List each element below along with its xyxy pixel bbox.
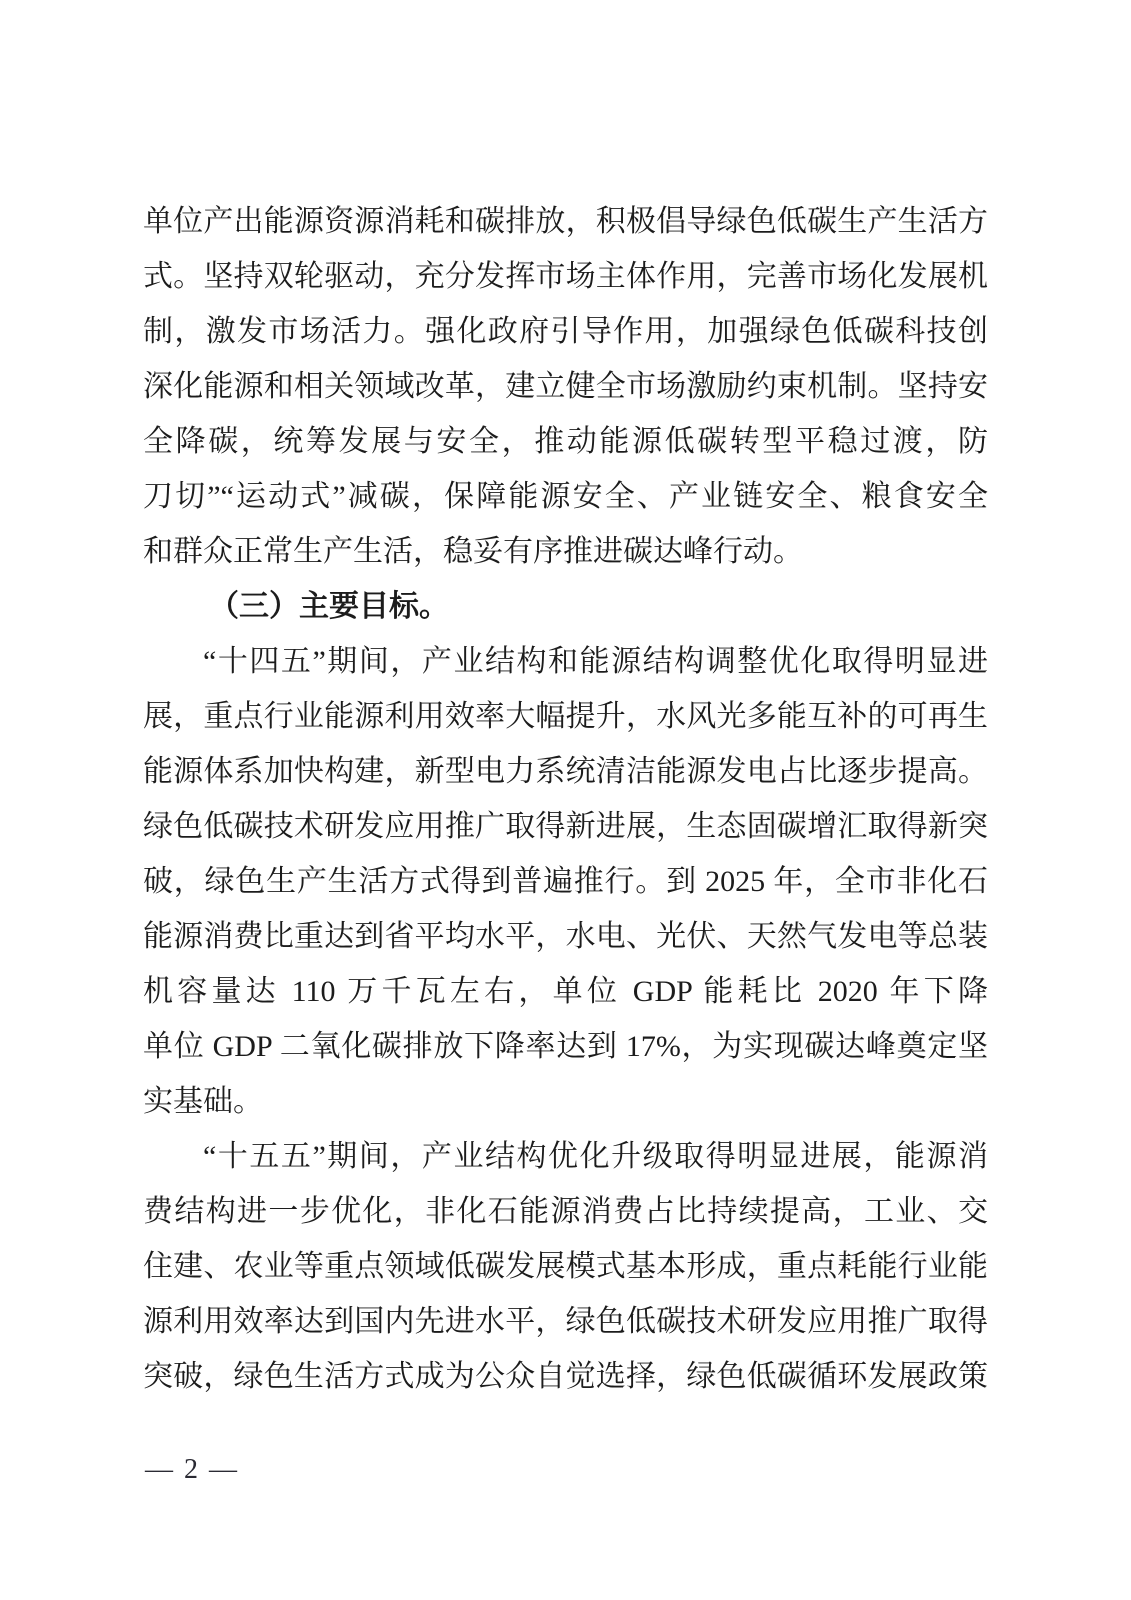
text-line: 全降碳，统筹发展与安全，推动能源低碳转型平稳过渡，防止“一 bbox=[143, 414, 988, 469]
text-line: 和群众正常生产生活，稳妥有序推进碳达峰行动。 bbox=[143, 524, 988, 579]
text-line: 机容量达 110 万千瓦左右，单位 GDP 能耗比 2020 年下降 14.5%… bbox=[143, 964, 988, 1019]
text-line: 能源消费比重达到省平均水平，水电、光伏、天然气发电等总装 bbox=[143, 909, 988, 964]
text-line: 破，绿色生产生活方式得到普遍推行。到 2025 年，全市非化石 bbox=[143, 854, 988, 909]
text-line: 源利用效率达到国内先进水平，绿色低碳技术研发应用推广取得 bbox=[143, 1294, 988, 1349]
text-line: 绿色低碳技术研发应用推广取得新进展，生态固碳增汇取得新突 bbox=[143, 799, 988, 854]
text-line: 能源体系加快构建，新型电力系统清洁能源发电占比逐步提高。 bbox=[143, 744, 988, 799]
text-line: 刀切”“运动式”减碳，保障能源安全、产业链安全、粮食安全 bbox=[143, 469, 988, 524]
text-line: 制，激发市场活力。强化政府引导作用，加强绿色低碳科技创新， bbox=[143, 304, 988, 359]
text-line: 单位产出能源资源消耗和碳排放，积极倡导绿色低碳生产生活方 bbox=[143, 194, 988, 249]
text-line: 住建、农业等重点领域低碳发展模式基本形成，重点耗能行业能 bbox=[143, 1239, 988, 1294]
text-line: 单位 GDP 二氧化碳排放下降率达到 17%，为实现碳达峰奠定坚 bbox=[143, 1019, 988, 1074]
text-line: 展，重点行业能源利用效率大幅提升，水风光多能互补的可再生 bbox=[143, 689, 988, 744]
text-line: 突破，绿色生活方式成为公众自觉选择，绿色低碳循环发展政策 bbox=[143, 1349, 988, 1404]
text-line: “十四五”期间，产业结构和能源结构调整优化取得明显进 bbox=[143, 634, 988, 689]
page-number: — 2 — bbox=[145, 1446, 239, 1494]
text-line: 费结构进一步优化，非化石能源消费占比持续提高，工业、交通、 bbox=[143, 1184, 988, 1239]
text-line: 实基础。 bbox=[143, 1074, 988, 1129]
document-text-block: 单位产出能源资源消耗和碳排放，积极倡导绿色低碳生产生活方 式。坚持双轮驱动，充分… bbox=[143, 194, 988, 1404]
document-page: 单位产出能源资源消耗和碳排放，积极倡导绿色低碳生产生活方 式。坚持双轮驱动，充分… bbox=[0, 0, 1131, 1600]
section-heading: （三）主要目标。 bbox=[143, 579, 988, 634]
text-line: “十五五”期间，产业结构优化升级取得明显进展，能源消 bbox=[143, 1129, 988, 1184]
text-line: 深化能源和相关领域改革，建立健全市场激励约束机制。坚持安 bbox=[143, 359, 988, 414]
text-line: 式。坚持双轮驱动，充分发挥市场主体作用，完善市场化发展机 bbox=[143, 249, 988, 304]
